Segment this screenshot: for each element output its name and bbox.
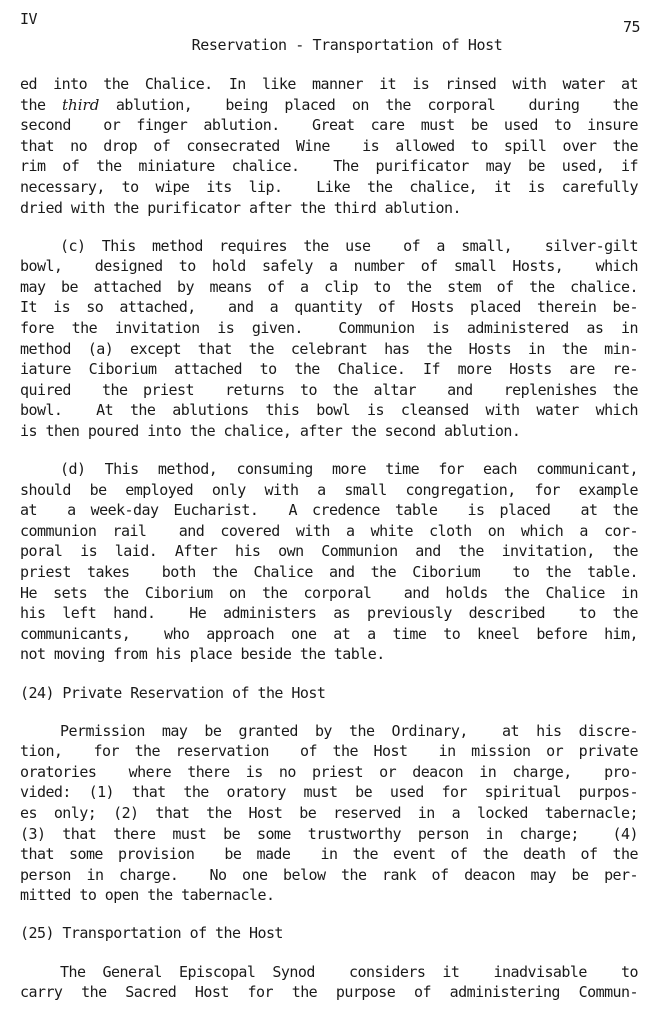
text-line: poral is laid. After his own Communion a… <box>20 541 638 562</box>
paragraph-method-d: (d) This method, consuming more time for… <box>20 459 638 665</box>
text-line: necessary, to wipe its lip. Like the cha… <box>20 177 638 198</box>
paragraph-gap <box>20 665 638 683</box>
text-line: es only; (2) that the Host be reserved i… <box>20 803 638 824</box>
text-line: his left hand. He administers as previou… <box>20 603 638 624</box>
text-line: second or finger ablution. Great care mu… <box>20 115 638 136</box>
text-line: at a week-day Eucharist. A credence tabl… <box>20 500 638 521</box>
text-line: (c) This method requires the use of a sm… <box>20 236 638 257</box>
section-heading-24: (24) Private Reservation of the Host <box>20 683 638 704</box>
paragraph-private-reservation: Permission may be granted by the Ordinar… <box>20 721 638 906</box>
text-line: The General Episcopal Synod considers it… <box>20 962 638 983</box>
text-line: that no drop of consecrated Wine is allo… <box>20 136 638 157</box>
text-line: mitted to open the tabernacle. <box>20 885 638 906</box>
paragraph-gap <box>20 906 638 924</box>
paragraph-gap <box>20 442 638 460</box>
text-line: vided: (1) that the oratory must be used… <box>20 782 638 803</box>
section-heading-25: (25) Transportation of the Host <box>20 923 638 944</box>
text-line: (3) that there must be some trustworthy … <box>20 824 638 845</box>
paragraph-continuation: ed into the Chalice. In like manner it i… <box>20 74 638 218</box>
text-line: communion rail and covered with a white … <box>20 521 638 542</box>
text-line: may be attached by means of a clip to th… <box>20 277 638 298</box>
document-page: IV 75 Reservation - Transportation of Ho… <box>0 0 658 1018</box>
italic-word: third <box>62 96 99 114</box>
text-line: fore the invitation is given. Communion … <box>20 318 638 339</box>
text-line: method (a) except that the celebrant has… <box>20 339 638 360</box>
text-line: (d) This method, consuming more time for… <box>20 459 638 480</box>
text-line: tion, for the reservation of the Host in… <box>20 741 638 762</box>
text-line: oratories where there is no priest or de… <box>20 762 638 783</box>
paragraph-gap <box>20 218 638 236</box>
running-title: Reservation - Transportation of Host <box>0 36 658 54</box>
paragraph-gap <box>20 944 638 962</box>
text-line: It is so attached, and a quantity of Hos… <box>20 297 638 318</box>
text-line: He sets the Ciborium on the corporal and… <box>20 583 638 604</box>
text-line: rim of the miniature chalice. The purifi… <box>20 156 638 177</box>
text-fragment: the <box>20 96 62 114</box>
text-line: should be employed only with a small con… <box>20 480 638 501</box>
text-line: communicants, who approach one at a time… <box>20 624 638 645</box>
text-line: iature Ciborium attached to the Chalice.… <box>20 359 638 380</box>
paragraph-transportation: The General Episcopal Synod considers it… <box>20 962 638 1003</box>
text-line: bowl. At the ablutions this bowl is clea… <box>20 400 638 421</box>
text-line: ed into the Chalice. In like manner it i… <box>20 74 638 95</box>
chapter-number: IV <box>20 10 37 28</box>
page-body: ed into the Chalice. In like manner it i… <box>20 74 638 1003</box>
text-fragment: ablution, being placed on the corporal d… <box>116 96 638 114</box>
text-line: priest takes both the Chalice and the Ci… <box>20 562 638 583</box>
text-line: Permission may be granted by the Ordinar… <box>20 721 638 742</box>
text-line: is then poured into the chalice, after t… <box>20 421 638 442</box>
paragraph-gap <box>20 703 638 721</box>
paragraph-method-c: (c) This method requires the use of a sm… <box>20 236 638 442</box>
text-line: carry the Sacred Host for the purpose of… <box>20 982 638 1003</box>
text-line: quired the priest returns to the altar a… <box>20 380 638 401</box>
text-line: the third ablution, being placed on the … <box>20 95 638 116</box>
text-line: not moving from his place beside the tab… <box>20 644 638 665</box>
text-line: bowl, designed to hold safely a number o… <box>20 256 638 277</box>
text-line: person in charge. No one below the rank … <box>20 865 638 886</box>
page-number: 75 <box>623 18 640 36</box>
text-line: dried with the purificator after the thi… <box>20 198 638 219</box>
text-line: that some provision be made in the event… <box>20 844 638 865</box>
